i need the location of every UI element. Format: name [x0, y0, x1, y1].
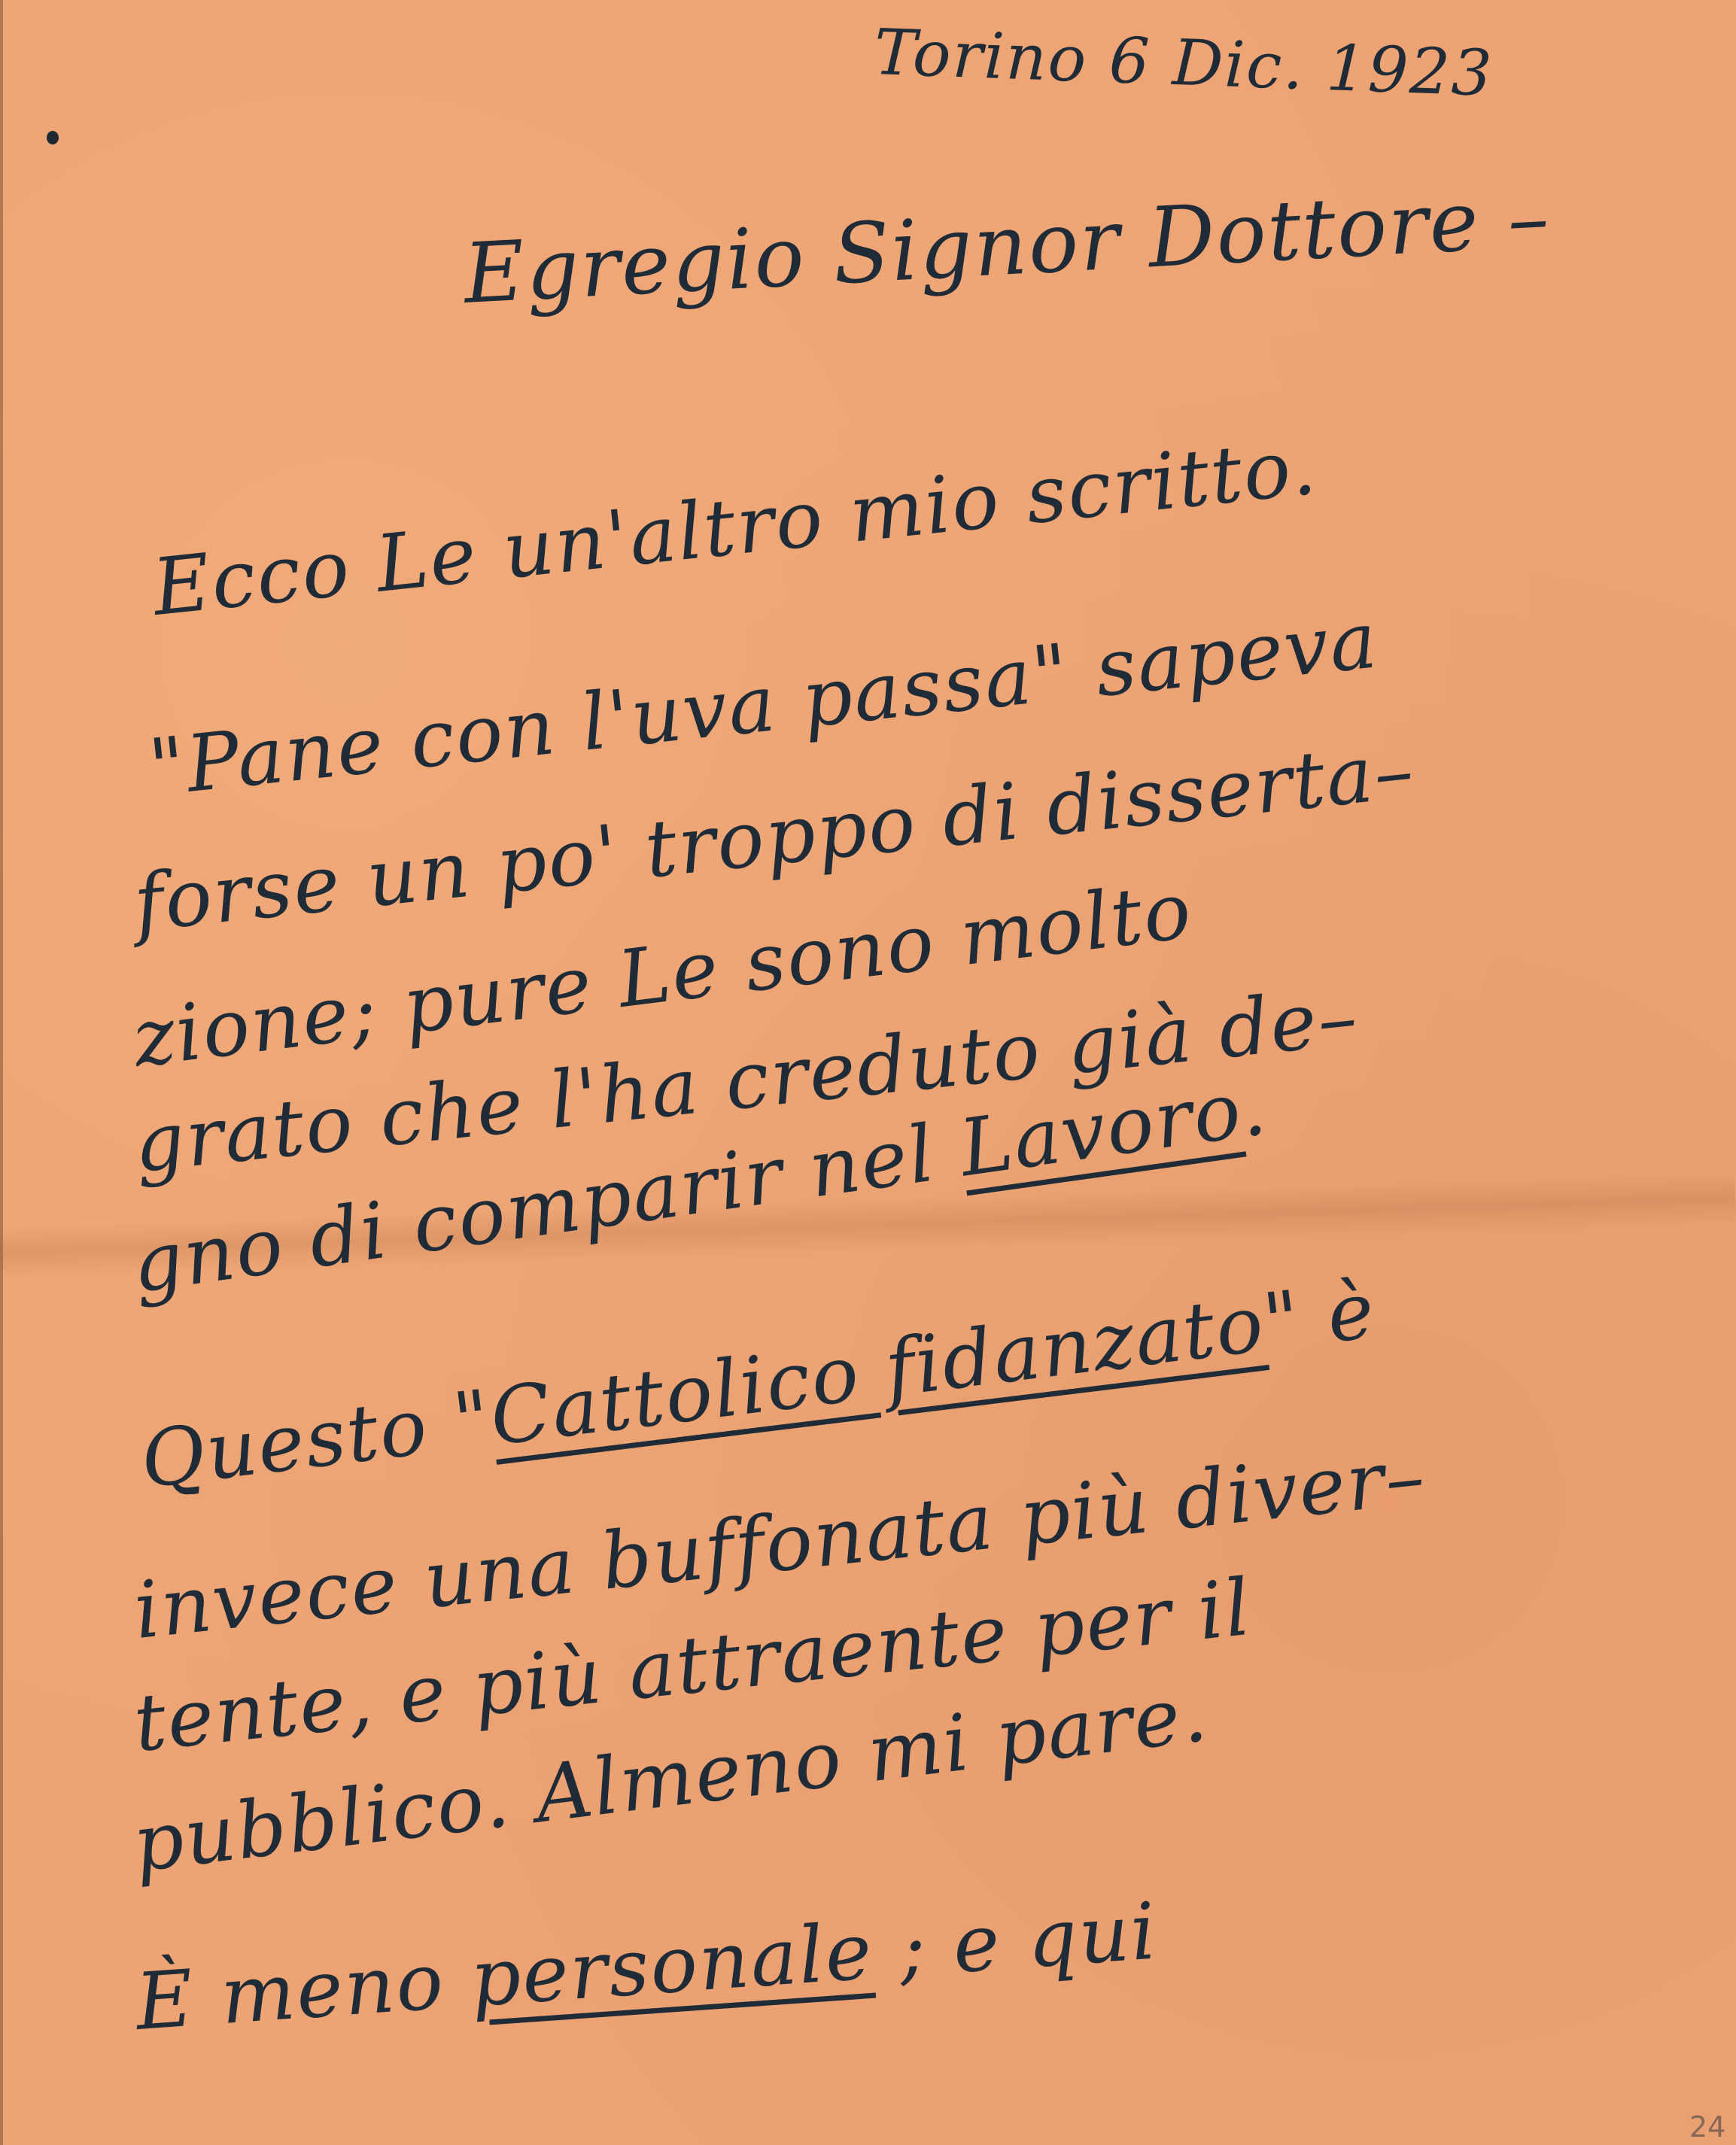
- ink-blot: [47, 131, 59, 144]
- line-11-end: ; e qui: [870, 1885, 1160, 1996]
- line-7-text: Questo ": [135, 1372, 497, 1506]
- salutation: Egregio Signor Dottore –: [461, 169, 1552, 322]
- underlined-title-cattolico-fidanzato: Cattolico fidanzato: [485, 1278, 1269, 1463]
- place-and-date: Torino 6 Dic. 1923: [873, 15, 1494, 111]
- letter-page: Torino 6 Dic. 1923 Egregio Signor Dottor…: [0, 0, 1736, 2145]
- line-11-text: È meno: [132, 1933, 473, 2048]
- archive-page-number: 24: [1689, 2110, 1725, 2143]
- page-left-edge: [0, 0, 3, 2145]
- letter-line-1: Ecco Le un'altro mio scritto.: [148, 420, 1321, 633]
- line-7-end: " è: [1258, 1264, 1380, 1369]
- letter-line-11: È meno personale ; e qui: [132, 1885, 1160, 2048]
- underlined-word-personale: personale: [467, 1905, 876, 2025]
